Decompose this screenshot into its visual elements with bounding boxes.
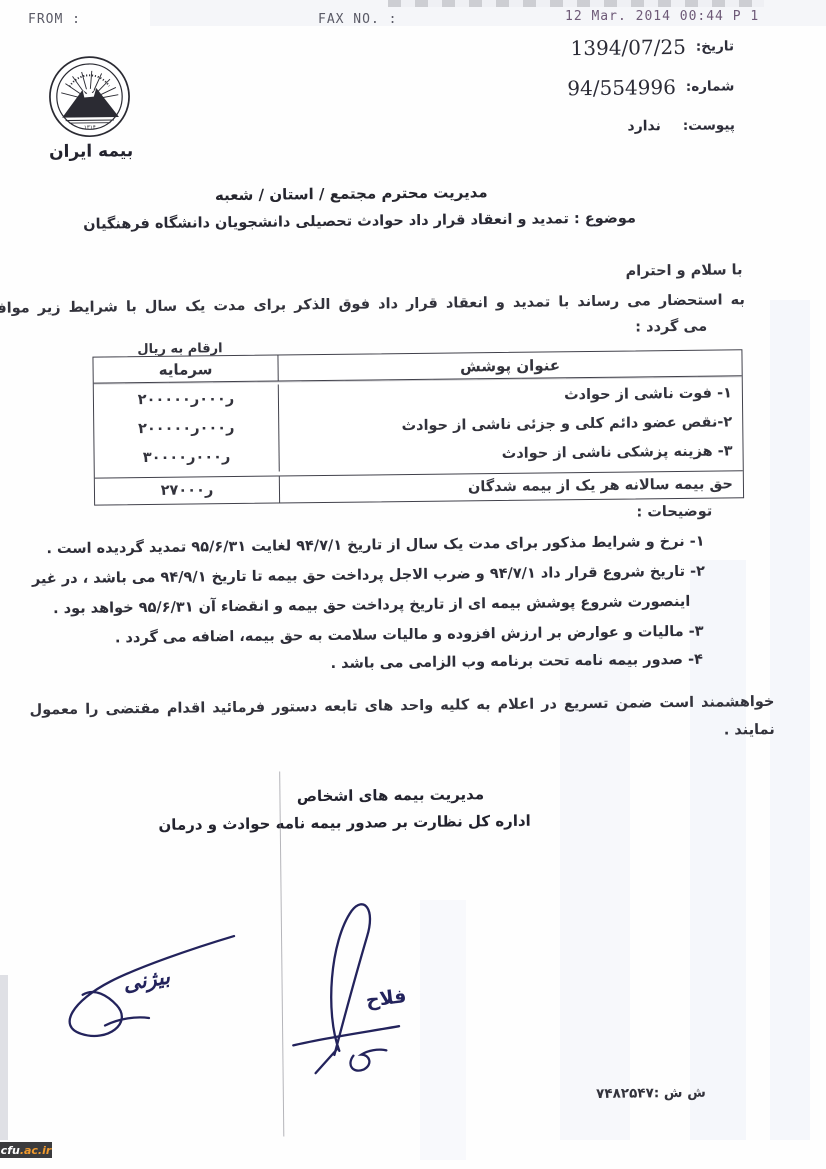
attachment-value: ندارد <box>627 118 661 134</box>
amount-column-header: سرمایه <box>93 356 278 383</box>
note-line: ۱- نرخ و شرایط مذکور برای مدت یک سال از … <box>46 534 704 557</box>
scanned-fax-letter: FROM : FAX NO. : 12 Mar. 2014 00:44 P 1 <box>0 0 826 1169</box>
number-label: شماره: <box>686 78 735 95</box>
letter-attachment-row: پیوست: ندارد <box>627 117 735 134</box>
premium-label: حق بیمه سالانه هر یک از بیمه شدگان <box>280 471 743 502</box>
serial-number: ش ش :۷۴۸۲۵۴۷ <box>596 1085 706 1102</box>
amount-value: ۳۰ر۰۰۰ر۰۰۰ <box>143 449 231 466</box>
number-value: 94/554996 <box>567 75 676 100</box>
signature-title-2: اداره کل نظارت بر صدور بیمه نامه حوادث و… <box>171 812 531 834</box>
premium-amount: ۲۷ر۰۰۰ <box>161 482 214 499</box>
intro-line-1: به استحضار می رساند با تمدید و انعقاد قر… <box>0 292 745 317</box>
signer-name-left: بیژنی <box>121 964 173 997</box>
iran-insurance-logo-icon: ۱۳۱۴ <box>46 53 133 144</box>
attachment-label: پیوست: <box>683 117 735 134</box>
amount-value: ۲۰۰ر۰۰۰ر۰۰۰ <box>138 391 235 408</box>
watermark-cfu: cfu <box>1 1144 20 1157</box>
logo-year: ۱۳۱۴ <box>84 125 96 131</box>
coverage-item: ۳- هزینه پزشکی ناشی از حوادث <box>279 437 732 471</box>
recipient-line: مدیریت محترم مجتمع / استان / شعبه <box>244 183 488 204</box>
letter-body: ۱۳۱۴ بیمه ایران تاریخ: 1394/07/25 شماره:… <box>0 0 826 1169</box>
watermark-acir: .ac.ir <box>20 1144 52 1157</box>
date-value: 1394/07/25 <box>570 35 686 60</box>
date-label: تاریخ: <box>696 38 734 54</box>
signature-fallah: فلاح <box>286 892 423 1079</box>
note-line: اینصورت شروع پوشش بیمه ای از تاریخ پرداخ… <box>53 594 690 617</box>
note-line: ۳- مالیات و عوارض بر ارزش افزوده و مالیا… <box>115 624 704 647</box>
closing-line-1: خواهشمند است ضمن تسریع در اعلام به کلیه … <box>29 694 774 718</box>
cfu-watermark: cfu.ac.ir <box>0 1142 52 1158</box>
letter-number-row: شماره: 94/554996 <box>567 74 734 100</box>
closing-line-2: نمایند . <box>724 722 775 739</box>
signer-name-right: فلاح <box>365 985 408 1012</box>
note-line: ۲- تاریخ شروع قرار داد ۹۴/۷/۱ و ضرب الاج… <box>32 564 705 588</box>
coverage-column-header: عنوان پوشش <box>278 350 741 380</box>
signature-title-1: مدیریت بیمه های اشخاص <box>290 785 490 805</box>
notes-title: توضیحات : <box>636 504 712 521</box>
amount-value: ۲۰۰ر۰۰۰ر۰۰۰ <box>138 420 235 437</box>
letter-date-row: تاریخ: 1394/07/25 <box>570 34 734 60</box>
intro-line-2: می گردد : <box>635 319 707 336</box>
salutation: با سلام و احترام <box>626 262 743 279</box>
table-body-row: ۲۰۰ر۰۰۰ر۰۰۰ ۲۰۰ر۰۰۰ر۰۰۰ ۳۰ر۰۰۰ر۰۰۰ ۱- فو… <box>94 376 743 478</box>
coverage-table: سرمایه عنوان پوشش ۲۰۰ر۰۰۰ر۰۰۰ ۲۰۰ر۰۰۰ر۰۰… <box>92 349 744 505</box>
subject-line: موضوع : تمدید و انعقاد قرار داد حوادث تح… <box>83 210 636 232</box>
note-line: ۴- صدور بیمه نامه تحت برنامه وب الزامی م… <box>331 652 704 672</box>
company-name: بیمه ایران <box>31 141 151 162</box>
signature-bizhani: بیژنی <box>52 914 244 1051</box>
